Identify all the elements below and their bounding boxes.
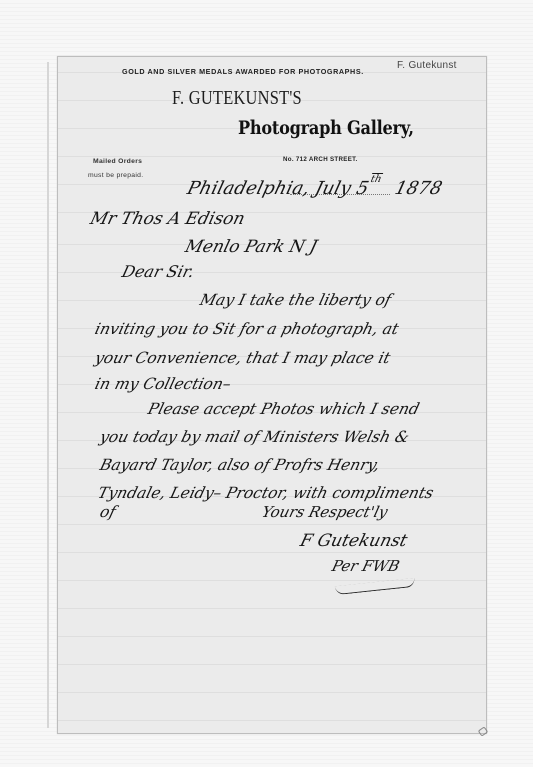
signature-per: Per FWB — [330, 557, 402, 575]
body-line: in my Collection– — [93, 375, 233, 393]
letter-date: Philadelphia, July 5th 1878 — [185, 174, 445, 199]
date-underline — [290, 194, 390, 195]
body-line: May I take the liberty of — [198, 291, 393, 309]
body-line: you today by mail of Ministers Welsh & — [98, 428, 411, 446]
letterhead-address: No. 712 ARCH STREET. — [283, 156, 358, 163]
body-line: Bayard Taylor, also of Profrs Henry, — [98, 456, 382, 474]
paper-edge-shadow — [47, 62, 49, 728]
prepaid-note: must be prepaid. — [88, 172, 143, 179]
date-place: Philadelphia, July 5 — [185, 178, 371, 199]
signature: F Gutekunst — [298, 531, 409, 551]
date-suffix: th — [369, 174, 383, 185]
company-name: F. GUTEKUNST'S — [172, 87, 302, 110]
body-line: inviting you to Sit for a photograph, at — [93, 320, 401, 338]
body-line: Tyndale, Leidy– Proctor, with compliment… — [96, 484, 435, 502]
addressee: Mr Thos A Edison — [88, 209, 247, 229]
gallery-title: Photograph Gallery, — [238, 117, 414, 139]
body-line: Please accept Photos which I send — [146, 400, 421, 418]
body-line: your Convenience, that I may place it — [93, 349, 392, 367]
salutation: Dear Sir. — [120, 262, 196, 281]
date-year: 1878 — [393, 178, 445, 199]
addressee-location: Menlo Park N J — [183, 237, 319, 257]
archive-label: F. Gutekunst — [397, 60, 457, 71]
mailed-orders-note: Mailed Orders — [93, 158, 142, 165]
closing: Yours Respect'ly — [260, 503, 390, 521]
letterhead-banner: GOLD AND SILVER MEDALS AWARDED FOR PHOTO… — [122, 67, 364, 76]
